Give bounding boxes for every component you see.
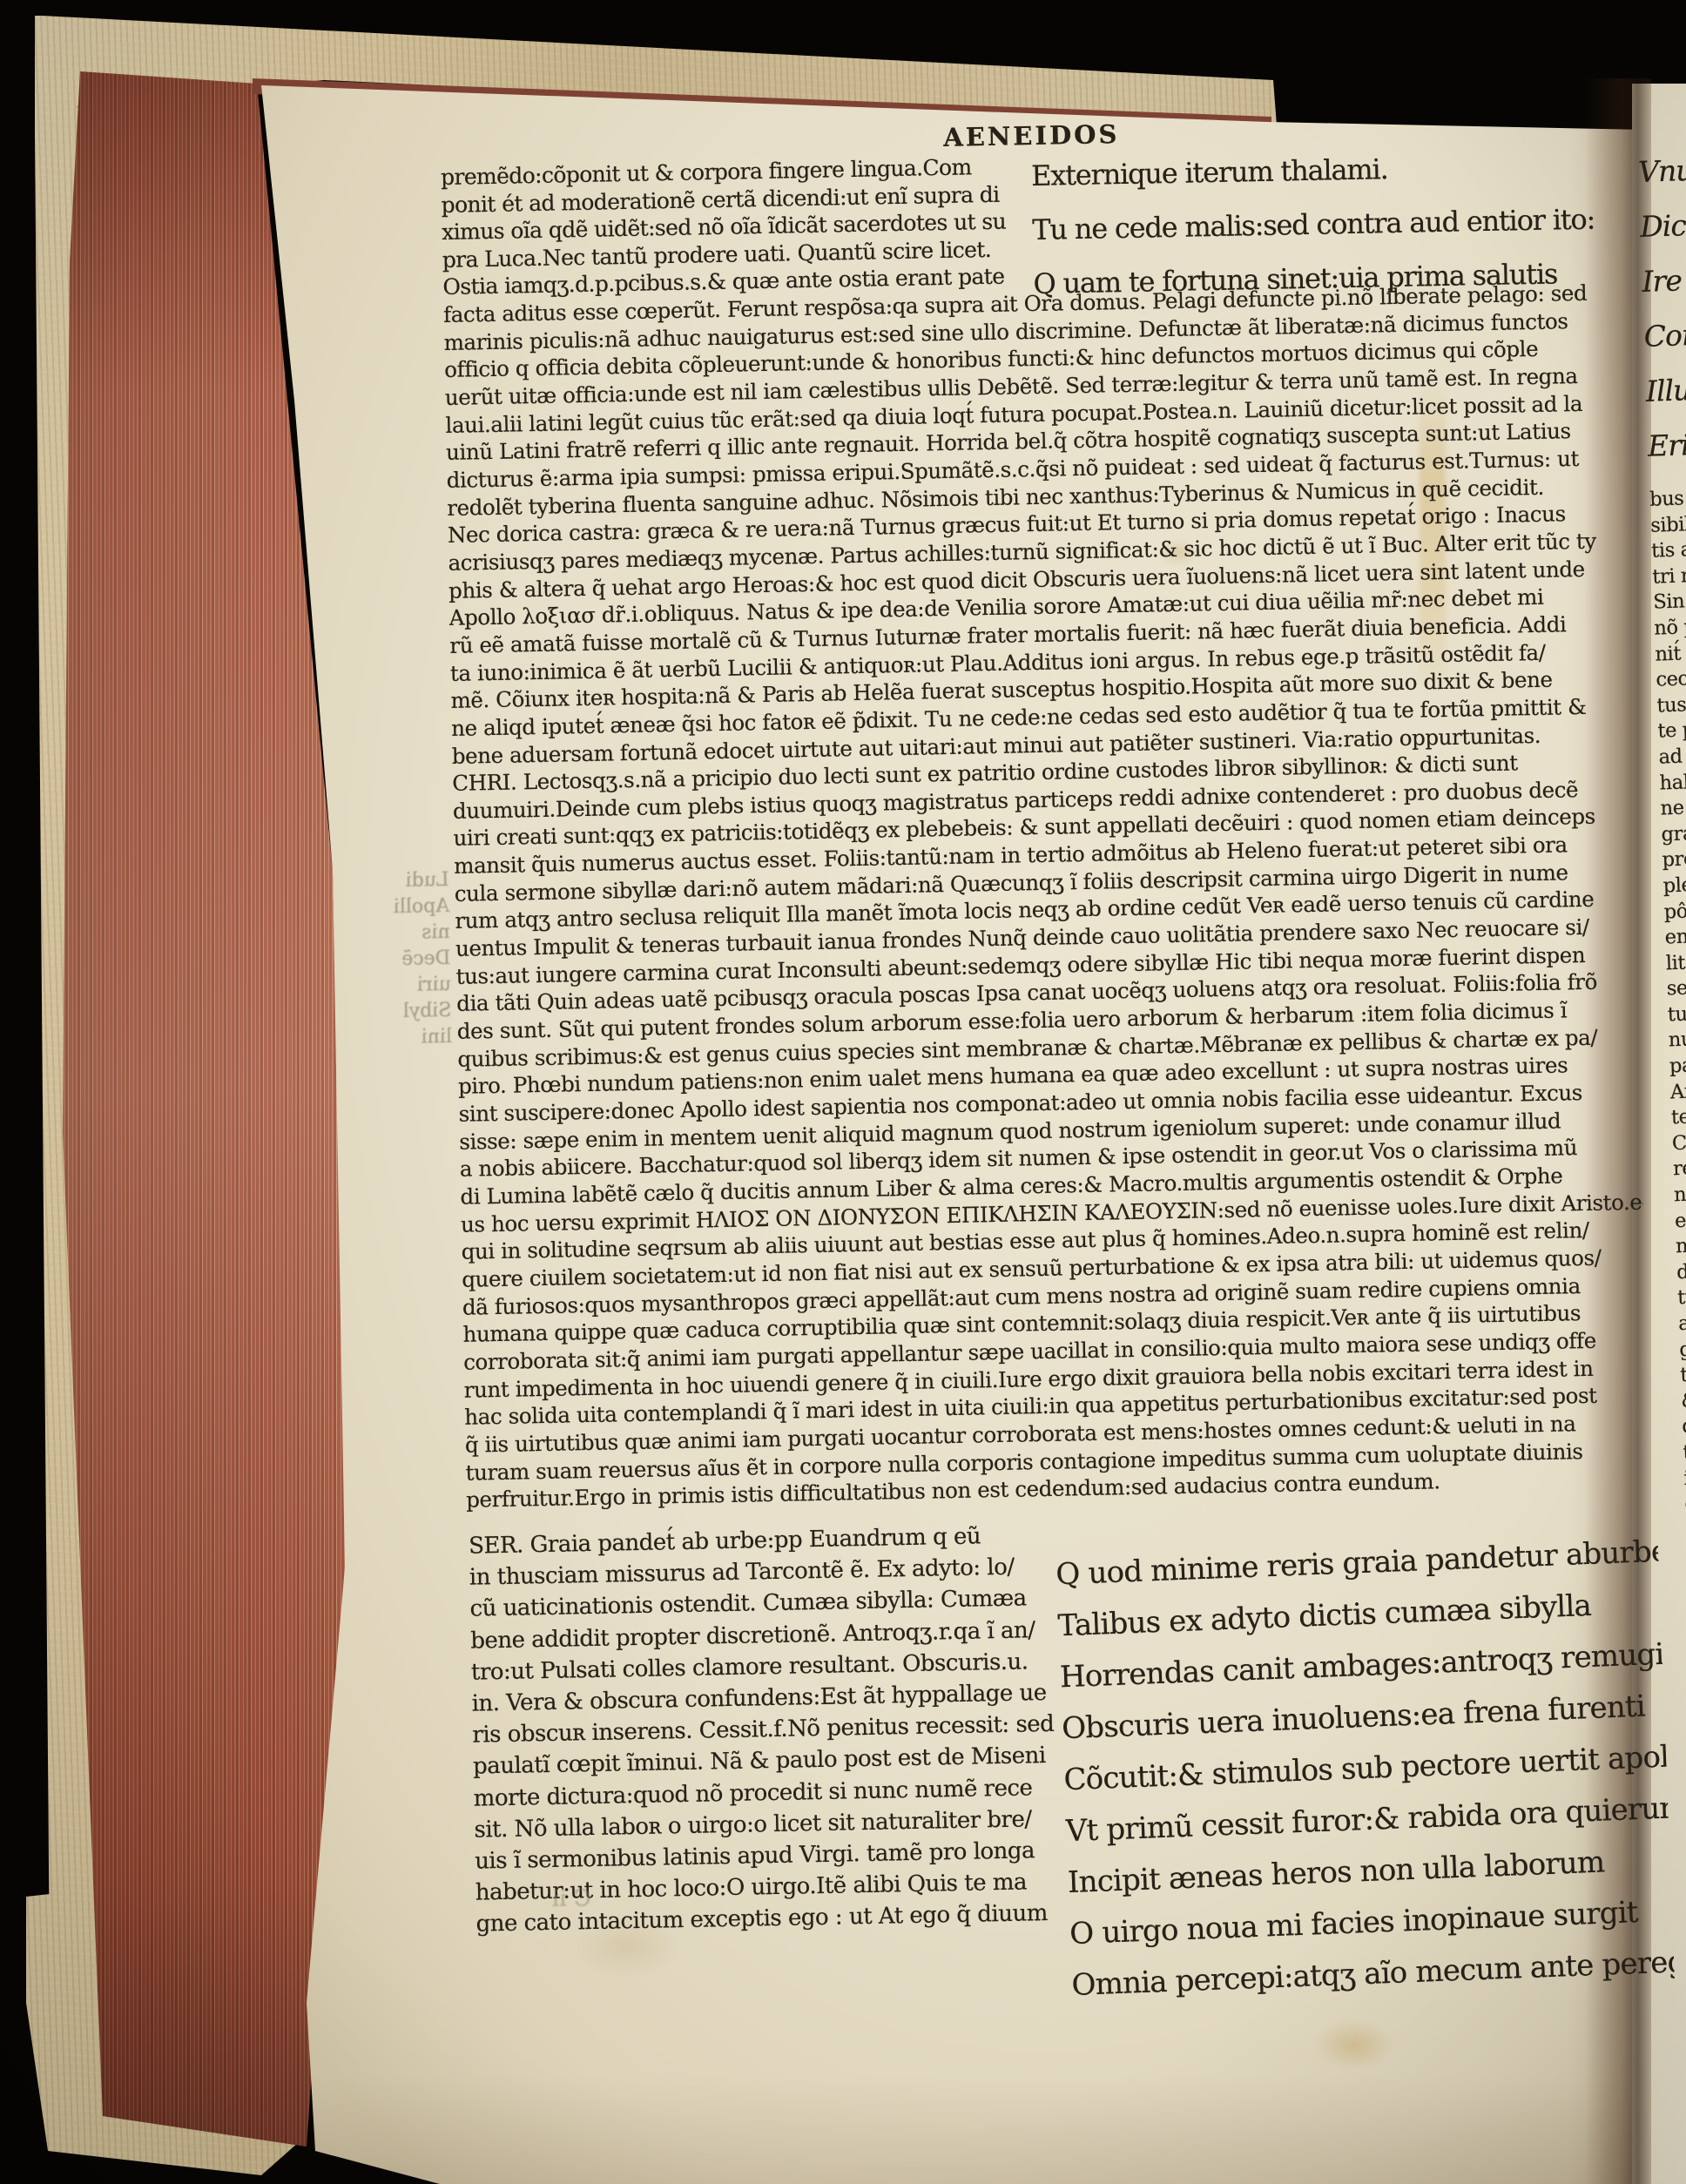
commentary-fragment: litate lo xyxy=(1665,949,1686,977)
verse-fragment: Conti xyxy=(1643,307,1686,363)
commentary-fragment: erigit & xyxy=(1675,1206,1686,1234)
verse-fragment: Dicitu xyxy=(1639,198,1686,254)
commentary-fragment: nunt́:ai xyxy=(1676,1232,1686,1260)
showthrough-line: uiri xyxy=(373,972,452,1000)
commentary-fragment: tis adue xyxy=(1651,536,1686,564)
commentary-fragment: sibile ga xyxy=(1650,511,1686,539)
servius-note-column: SER. Graia pandet́ ab urbe:pp Euandrum q… xyxy=(469,1520,1070,1941)
commentary-fragment: endis oc xyxy=(1664,923,1686,951)
commentary-intro-column: premẽdo:cõponit ut & corpora fingere lin… xyxy=(441,152,1032,300)
commentary-fragment: gnitiõe xyxy=(1679,1335,1686,1363)
book-photograph: AENEIDOS Externique iterum thalami.Tu ne… xyxy=(0,0,1686,2184)
showthrough-line: lini xyxy=(374,1024,453,1052)
commentary-fragment: ad illud xyxy=(1658,743,1686,771)
commentary-fragment: tus noĩa xyxy=(1656,691,1686,719)
commentary-fragment: bus suis xyxy=(1649,485,1686,513)
commentary-fragment: Ardent xyxy=(1670,1078,1686,1106)
commentary-fragment: tur aĩus xyxy=(1683,1439,1686,1466)
commentary-fragment: te pcepis xyxy=(1657,717,1686,745)
commentary-fragment: nõ pced xyxy=(1654,614,1686,642)
showthrough-line: Apolli xyxy=(371,893,450,921)
commentary-fragment: tudinẽ c xyxy=(1677,1284,1686,1311)
commentary-body: facta aditus esse cœperũt. Ferunt respõs… xyxy=(443,279,1649,1514)
verse-fragment: Ire ad xyxy=(1641,252,1686,308)
commentary-fragment: ceor nõ i xyxy=(1656,665,1686,693)
showthrough-line: Sibyl xyxy=(373,998,452,1026)
commentary-fragment: tionẽ ill xyxy=(1680,1361,1686,1389)
margin-showthrough-gloss: LudiApollinisDecẽuiriSibyllini xyxy=(370,867,452,1052)
commentary-fragment: plenus q xyxy=(1662,872,1686,900)
verse-block-bottom-right: Q uod minime reris graia pandetur aburbe… xyxy=(1055,1527,1675,2012)
commentary-fragment: & sapien xyxy=(1681,1386,1686,1414)
commentary-fragment: nit́ ĩnoc xyxy=(1655,640,1686,668)
commentary-fragment: tem ost xyxy=(1671,1103,1686,1131)
commentary-fragment: procul ẽ xyxy=(1662,846,1686,873)
commentary-fragment: gra pro a xyxy=(1661,820,1686,848)
verse-fragment: Vnun xyxy=(1637,143,1686,199)
commentary-fragment: CHRI xyxy=(1672,1129,1686,1157)
verse-fragment: Illum xyxy=(1645,361,1686,418)
commentary-fragment: pandun xyxy=(1669,1052,1686,1080)
commentary-fragment: nuit:q xyxy=(1668,1026,1686,1054)
showthrough-line: Decẽ xyxy=(372,946,451,974)
verse-fragment: Eripui xyxy=(1647,416,1686,473)
commentary-fragment: pôt effic xyxy=(1663,898,1686,926)
showthrough-line: nis xyxy=(371,920,450,947)
commentary-fragment: tuo bar xyxy=(1667,1001,1686,1028)
commentary-fragment: ne prod xyxy=(1660,794,1686,822)
commentary-fragment: dro sola xyxy=(1682,1412,1686,1440)
commentary-fragment: tri neces xyxy=(1652,563,1686,590)
commentary-fragment: Sin ãt a xyxy=(1653,589,1686,617)
showthrough-line: Ludi xyxy=(370,867,449,895)
signature-mark-showthrough: C ii xyxy=(552,1885,591,1912)
commentary-fragment: nascitur xyxy=(1674,1181,1686,1209)
commentary-fragment: re quo xyxy=(1673,1155,1686,1183)
commentary-fragment: animi il xyxy=(1678,1310,1686,1338)
commentary-fragment: deo spec xyxy=(1676,1258,1686,1286)
commentary-fragment: habita co xyxy=(1659,769,1686,797)
commentary-fragment: se ubi sa xyxy=(1666,974,1686,1002)
printed-page-content: AENEIDOS Externique iterum thalami.Tu ne… xyxy=(440,108,1681,2184)
